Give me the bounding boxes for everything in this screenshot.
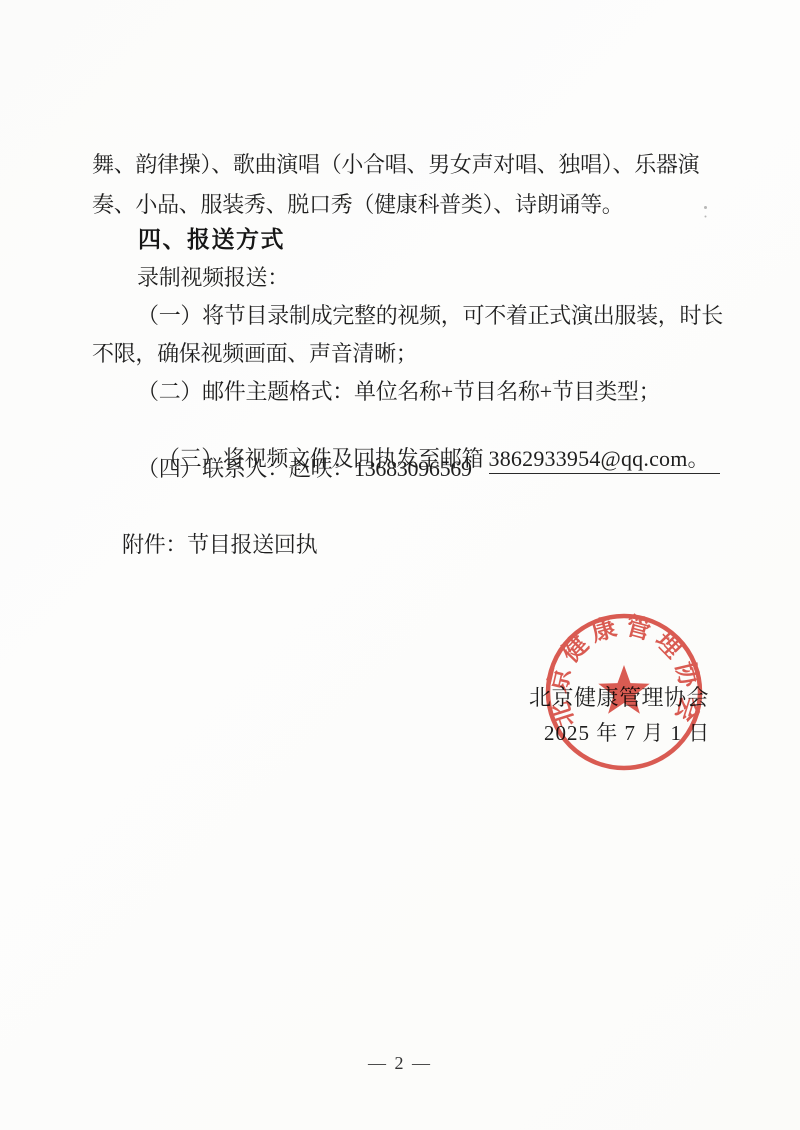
- submission-intro: 录制视频报送：: [137, 261, 289, 292]
- official-seal-stamp: 北京健康管理协会: [522, 590, 726, 794]
- item-1-line-1: （一）将节目录制成完整的视频，可不着正式演出服装，时长: [137, 299, 723, 330]
- item-4-contact: （四）联系人：赵昳：13683096569: [137, 452, 472, 483]
- item-2: （二）邮件主题格式：单位名称+节目名称+节目类型；: [137, 375, 660, 406]
- scan-artifact: [704, 206, 707, 209]
- page-number: — 2 —: [0, 1053, 800, 1074]
- attachment-note: 附件：节目报送回执: [122, 528, 317, 559]
- paragraph-line: 舞、韵律操）、歌曲演唱（小合唱、男女声对唱、独唱）、乐器演: [92, 148, 699, 179]
- section-heading: 四、报送方式: [138, 221, 285, 254]
- email-address: 3862933954@qq.com。: [489, 442, 720, 474]
- document-page: 舞、韵律操）、歌曲演唱（小合唱、男女声对唱、独唱）、乐器演 奏、小品、服装秀、脱…: [0, 0, 800, 1130]
- item-1-line-2: 不限，确保视频画面、声音清晰；: [92, 337, 418, 368]
- paragraph-line: 奏、小品、服装秀、脱口秀（健康科普类）、诗朗诵等。: [92, 188, 624, 219]
- seal-star-icon: [598, 665, 649, 714]
